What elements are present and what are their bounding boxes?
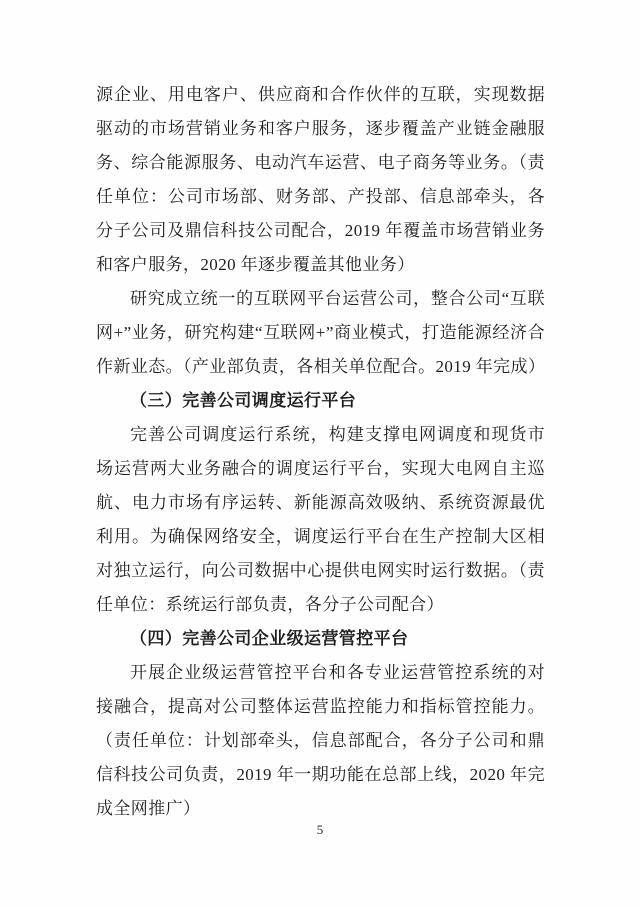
paragraph-enterprise-control-platform: 开展企业级运营管控平台和各专业运营管控系统的对接融合，提高对公司整体运营监控能力…: [96, 656, 545, 826]
paragraph-dispatch-platform: 完善公司调度运行系统，构建支撑电网调度和现货市场运营两大业务融合的调度运行平台，…: [96, 418, 545, 622]
paragraph-internet-platform: 研究成立统一的互联网平台运营公司，整合公司“互联网+”业务，研究构建“互联网+”…: [96, 282, 545, 384]
document-page: 源企业、用电客户、供应商和合作伙伴的互联，实现数据驱动的市场营销业务和客户服务，…: [0, 0, 640, 906]
section-heading-4: （四）完善公司企业级运营管控平台: [96, 622, 545, 656]
section-heading-3: （三）完善公司调度运行平台: [96, 384, 545, 418]
paragraph-continuation: 源企业、用电客户、供应商和合作伙伴的互联，实现数据驱动的市场营销业务和客户服务，…: [96, 78, 545, 282]
page-number: 5: [0, 822, 640, 838]
document-body: 源企业、用电客户、供应商和合作伙伴的互联，实现数据驱动的市场营销业务和客户服务，…: [0, 0, 640, 826]
